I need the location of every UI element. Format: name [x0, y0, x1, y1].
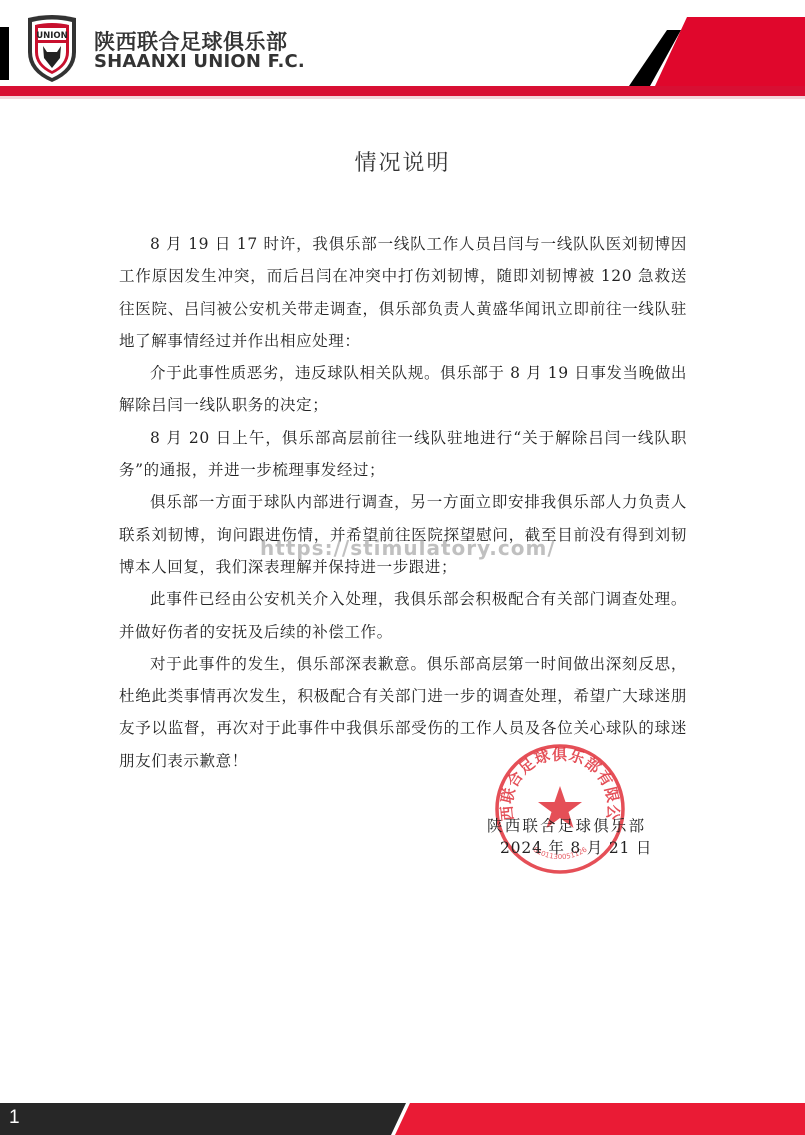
brand-name-english: SHAANXI UNION F.C.	[94, 51, 305, 72]
paragraph-police: 此事件已经由公安机关介入处理，我俱乐部会积极配合有关部门调查处理。并做好伤者的安…	[119, 583, 687, 648]
document-title: 情况说明	[0, 146, 805, 177]
page-number: 1	[9, 1107, 20, 1129]
signature-organization: 陕西联合足球俱乐部	[487, 814, 646, 836]
paragraph-incident: 8 月 19 日 17 时许，我俱乐部一线队工作人员吕闫与一线队队医刘韧博因工作…	[119, 228, 687, 357]
club-logo-icon: UNION	[24, 14, 80, 84]
document-body: 8 月 19 日 17 时许，我俱乐部一线队工作人员吕闫与一线队队医刘韧博因工作…	[119, 228, 687, 777]
letterhead-header: UNION 陕西联合足球俱乐部 SHAANXI UNION F.C.	[0, 0, 805, 100]
paragraph-dismissal: 介于此事性质恶劣，违反球队相关队规。俱乐部于 8 月 19 日事发当晚做出解除吕…	[119, 357, 687, 422]
paragraph-investigation: 俱乐部一方面于球队内部进行调查，另一方面立即安排我俱乐部人力负责人联系刘韧博，询…	[119, 486, 687, 583]
watermark-url: https://stimulatory.com/	[260, 536, 556, 560]
svg-text:UNION: UNION	[36, 31, 68, 41]
paragraph-announcement: 8 月 20 日上午，俱乐部高层前往一线队驻地进行“关于解除吕闫一线队职务”的通…	[119, 422, 687, 487]
footer-bar	[0, 1103, 805, 1135]
signature-date: 2024 年 8 月 21 日	[500, 836, 652, 858]
header-black-bar	[0, 27, 9, 80]
